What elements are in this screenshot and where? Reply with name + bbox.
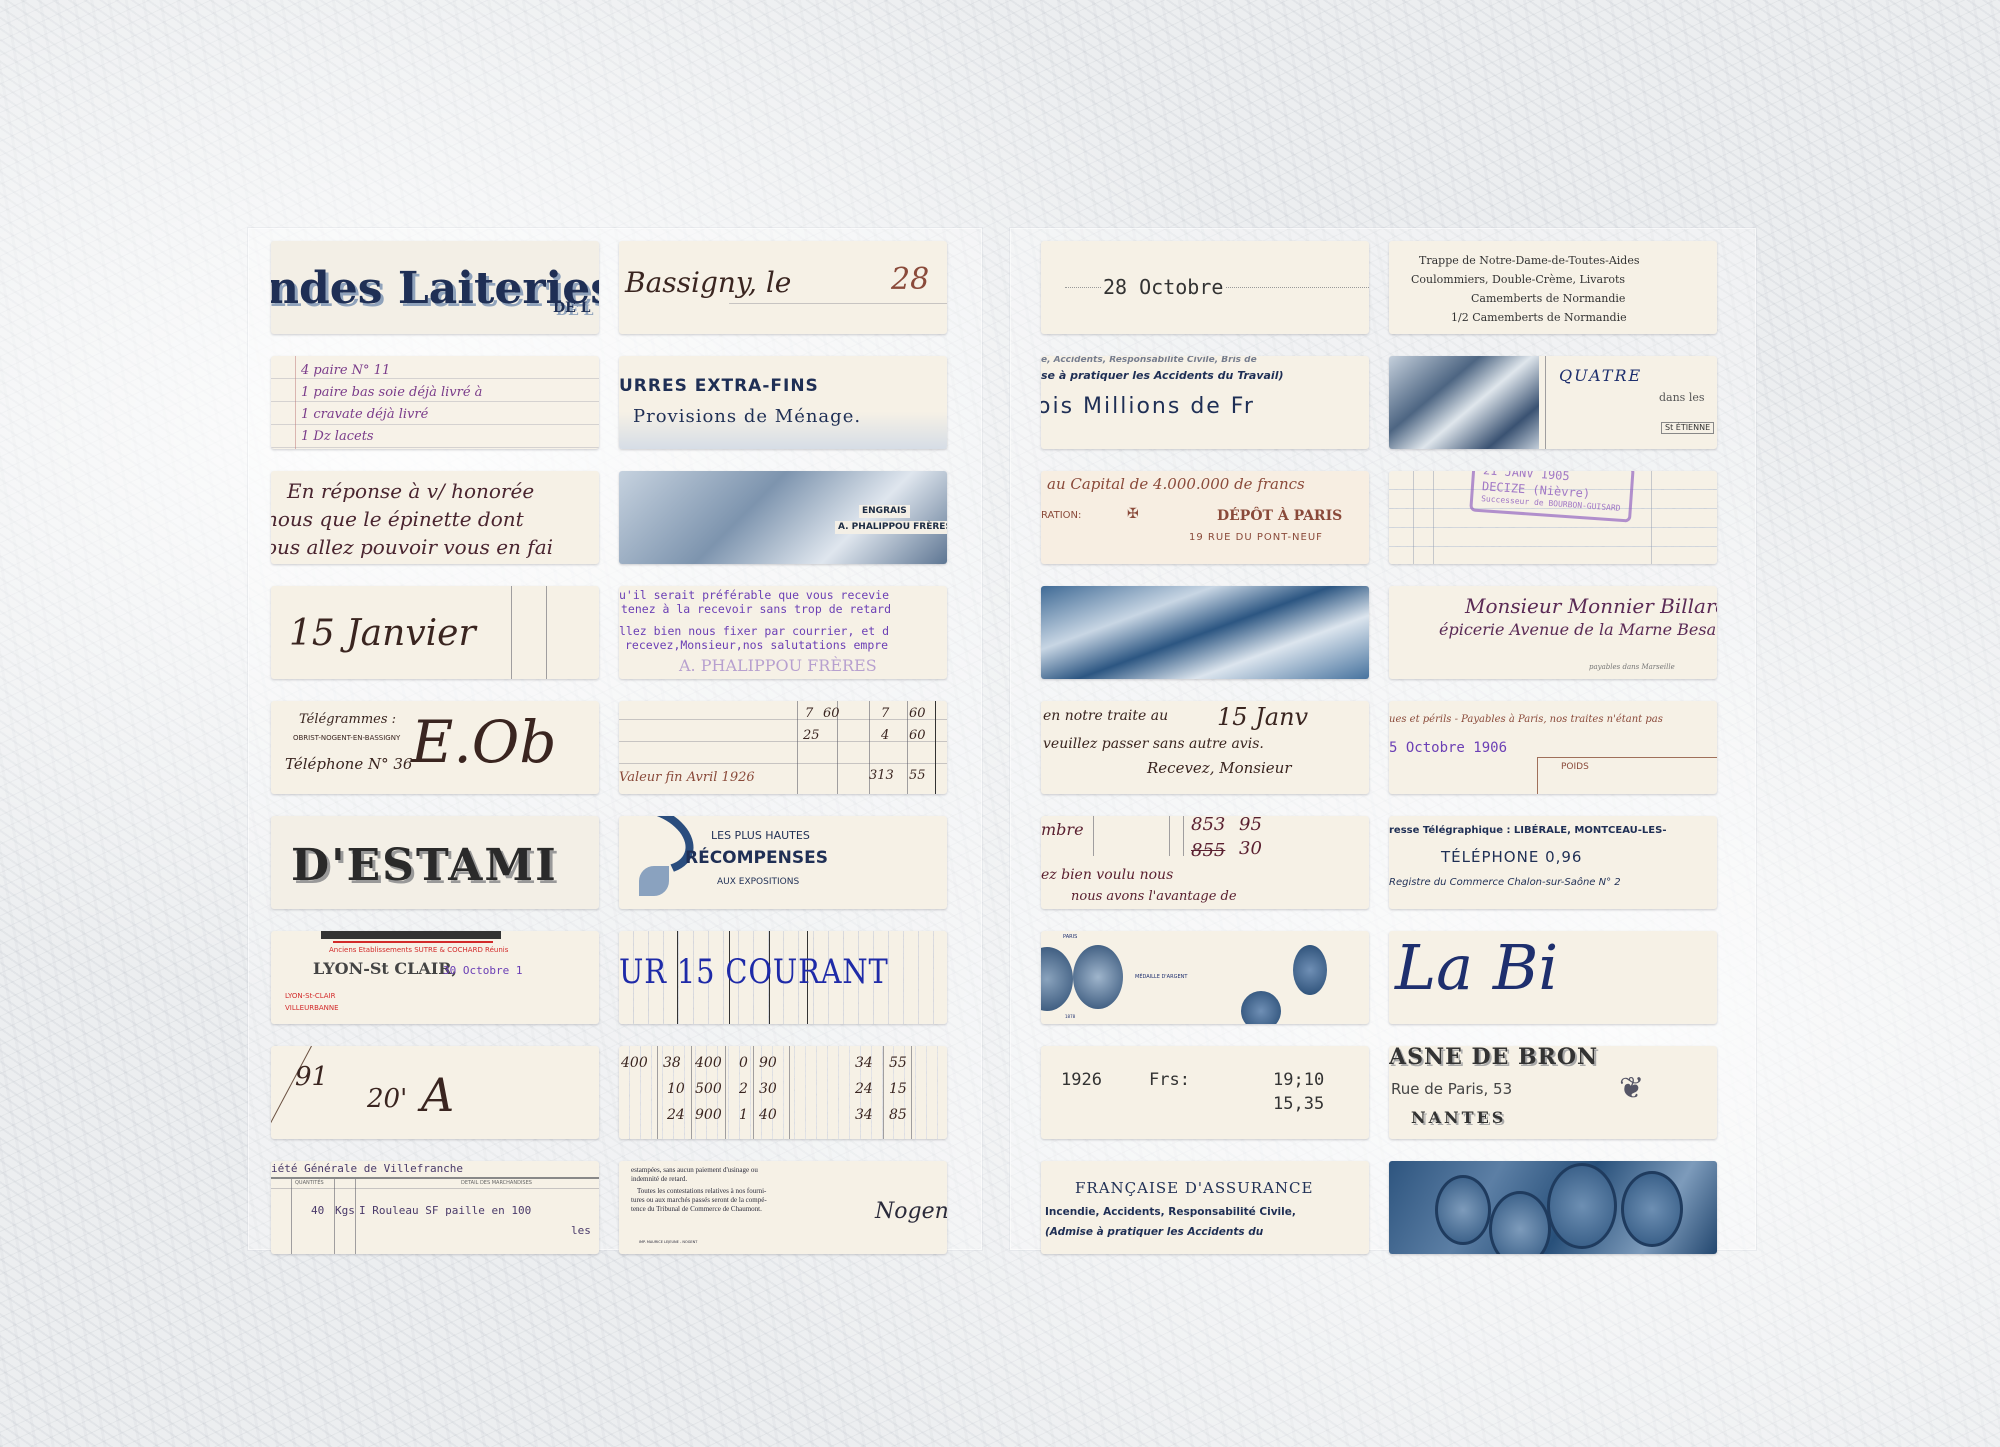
postmark-stamp: 21 JANV 1905 DECIZE (Nièvre) Successeur …	[1469, 471, 1634, 522]
sticker-strip: Télégrammes : OBRIST-NOGENT-EN-BASSIGNY …	[271, 701, 599, 794]
sticker-strip: D'ESTAMI	[271, 816, 599, 909]
sticker-strip: LES PLUS HAUTES RÉCOMPENSES AUX EXPOSITI…	[619, 816, 947, 909]
sticker-strip: au Capital de 4.000.000 de francs RATION…	[1041, 471, 1369, 564]
sticker-strip: ndes Laiteries DE L	[271, 241, 599, 334]
sticker-strip	[1041, 586, 1369, 679]
sticker-strip: PARIS MÉDAILLE D'ARGENT 1878	[1041, 931, 1369, 1024]
sticker-strip: QUATRE dans les St ÉTIENNE	[1389, 356, 1717, 449]
sticker-strip: iété Générale de Villefranche QUANTITÉS …	[271, 1161, 599, 1254]
sticker-strip: e, Accidents, Responsabilité Civile, Bri…	[1041, 356, 1369, 449]
sticker-strip: en notre traite au 15 Janv veuillez pass…	[1041, 701, 1369, 794]
sticker-strip: ENGRAIS A. PHALIPPOU FRÈRES	[619, 471, 947, 564]
sticker-strip: URRES EXTRA-FINS Provisions de Ménage.	[619, 356, 947, 449]
sticker-strip: 21 JANV 1905 DECIZE (Nièvre) Successeur …	[1389, 471, 1717, 564]
sticker-strip: En réponse à v/ honorée nous que le épin…	[271, 471, 599, 564]
sticker-strip: ues et périls - Payables à Paris, nos tr…	[1389, 701, 1717, 794]
sticker-sheet-right: 28 Octobre e, Accidents, Responsabilité …	[1010, 228, 1756, 1250]
sticker-strip: estampées, sans aucun paiement d'usinage…	[619, 1161, 947, 1254]
sticker-strip: 15 Janvier	[271, 586, 599, 679]
sticker-strip: Bassigny, le 28	[619, 241, 947, 334]
sticker-strip: UR 15 COURANT	[619, 931, 947, 1024]
sticker-strip: ASNE DE BRON Rue de Paris, 53 NANTES ❦	[1389, 1046, 1717, 1139]
sticker-strip: mbre 853 95 855 30 ez bien voulu nous no…	[1041, 816, 1369, 909]
sticker-sheet-left: ndes Laiteries DE L 4 paire N° 11 1 pair…	[248, 228, 982, 1250]
sticker-strip: 400 38 400 0 90 34 55 10 500 2 30 24 15 …	[619, 1046, 947, 1139]
sticker-strip: u'il serait préférable que vous recevie …	[619, 586, 947, 679]
sticker-strip: Anciens Etablissements SUTRE & COCHARD R…	[271, 931, 599, 1024]
sticker-strip: 4 paire N° 11 1 paire bas soie déjà livr…	[271, 356, 599, 449]
sticker-strip	[1389, 1161, 1717, 1254]
sticker-strip: resse Télégraphique : LIBÉRALE, MONTCEAU…	[1389, 816, 1717, 909]
flower-icon: ❦	[1619, 1074, 1644, 1104]
sticker-strip: 91 20' A	[271, 1046, 599, 1139]
ornament-icon: ✠	[1127, 507, 1139, 521]
sticker-strip: FRANÇAISE D'ASSURANCE Incendie, Accident…	[1041, 1161, 1369, 1254]
sticker-strip: 28 Octobre	[1041, 241, 1369, 334]
sticker-strip: Trappe de Notre-Dame-de-Toutes-Aides Cou…	[1389, 241, 1717, 334]
sticker-strip: Monsieur Monnier Billard épicerie Avenue…	[1389, 586, 1717, 679]
sticker-strip: La Bi	[1389, 931, 1717, 1024]
sticker-strip: 7 60 7 60 25 4 60 Valeur fin Avril 1926 …	[619, 701, 947, 794]
sticker-strip: 1926 Frs: 19;10 15,35	[1041, 1046, 1369, 1139]
